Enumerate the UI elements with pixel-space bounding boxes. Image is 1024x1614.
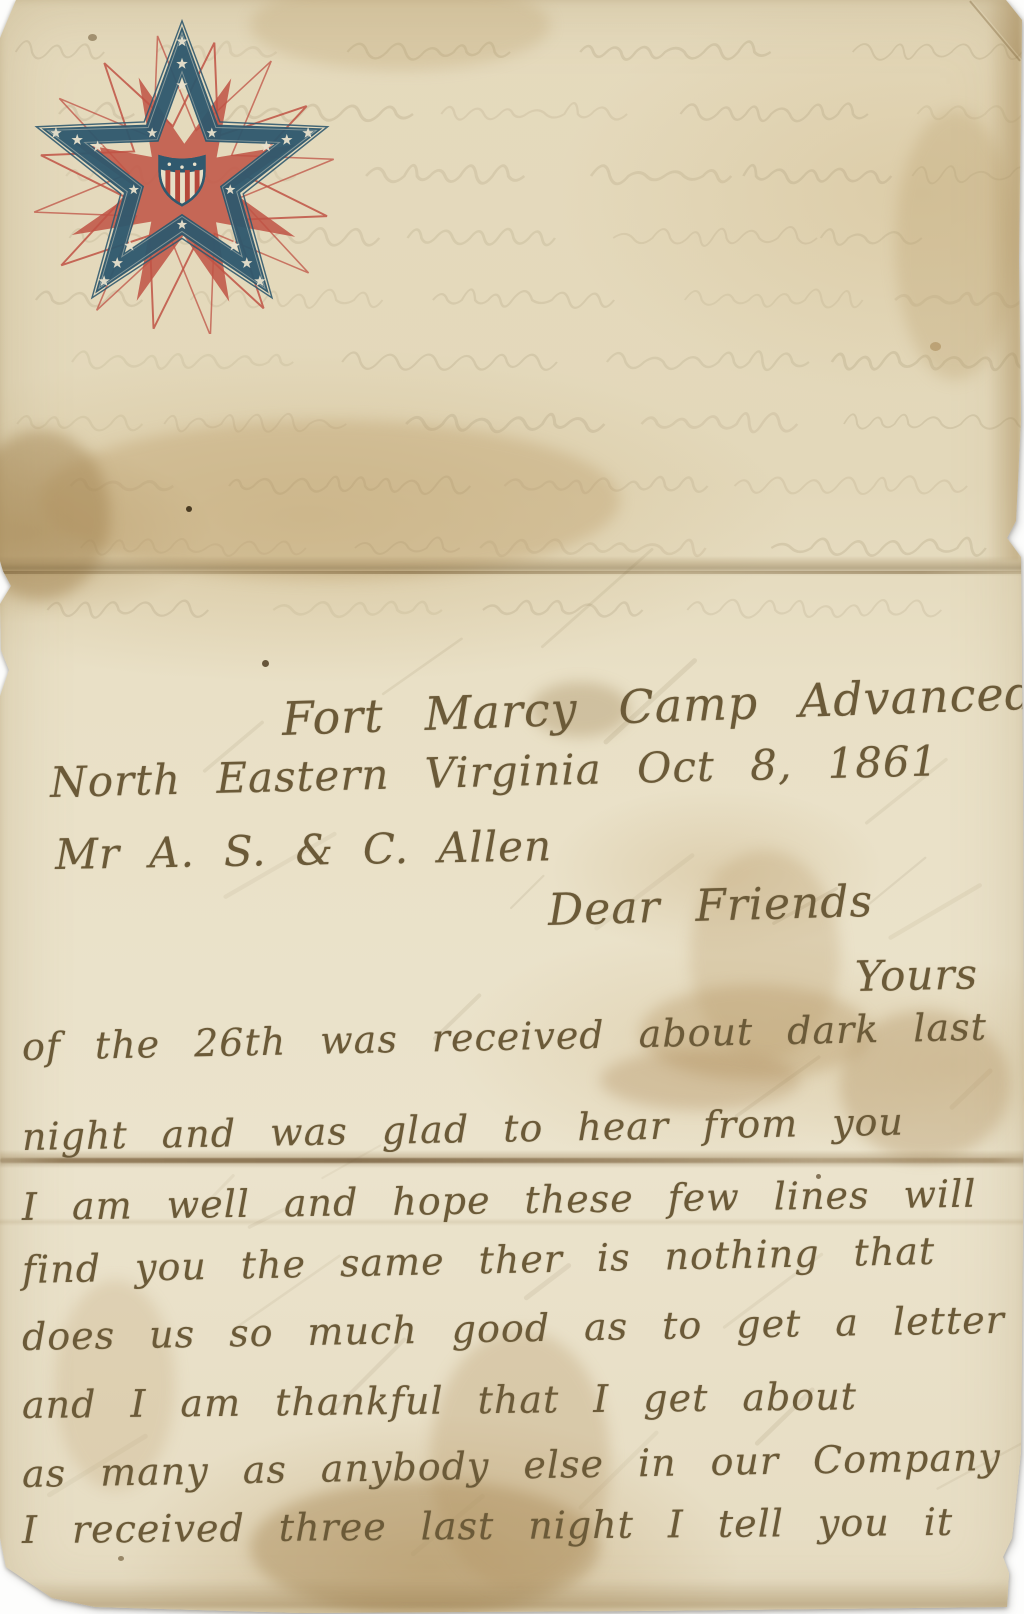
fold-crease <box>0 571 1024 574</box>
addressee-line: Mr A. S. & C. Allen <box>55 821 553 879</box>
fold-crease <box>0 1158 1024 1163</box>
paper-speck <box>930 342 941 351</box>
paper-speck <box>186 506 192 512</box>
edge-stain <box>988 0 1020 560</box>
paper-speck <box>262 660 269 667</box>
paper-surface: Fort Marcy Camp Advanced North Eastern V… <box>0 0 1024 1614</box>
letter-scan: Fort Marcy Camp Advanced North Eastern V… <box>0 0 1024 1614</box>
paper-speck <box>118 1556 124 1561</box>
salutation-line: Dear Friends <box>547 876 873 936</box>
patriotic-star-emblem-icon <box>26 14 338 334</box>
body-line: I received three last night I tell you i… <box>22 1500 954 1552</box>
opening-word: Yours <box>854 949 978 1001</box>
body-line: and I am thankful that I get about <box>22 1374 857 1427</box>
paper-sheet: Fort Marcy Camp Advanced North Eastern V… <box>0 0 1024 1614</box>
edge-stain <box>0 1580 1010 1608</box>
